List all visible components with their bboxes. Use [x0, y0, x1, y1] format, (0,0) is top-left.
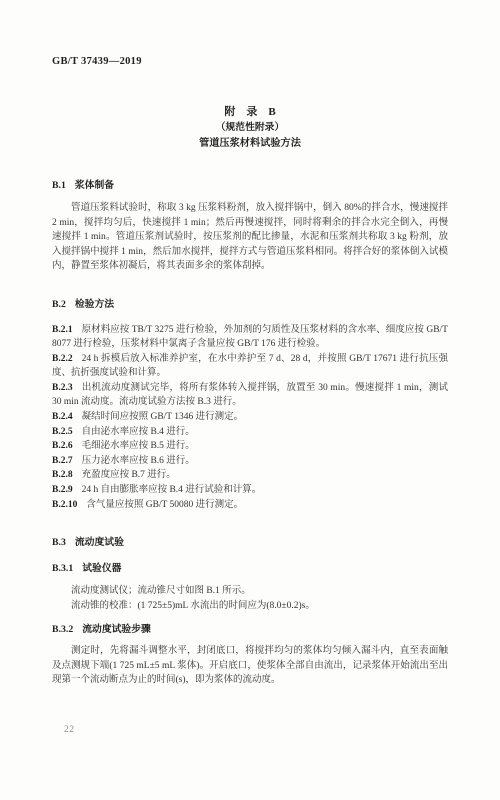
clause-text: 24 h 拆模后放入标准养护室，在水中养护至 7 d、28 d，并按照 GB/T…: [52, 354, 448, 379]
section-number: B.3.1: [52, 563, 73, 574]
clause-row: B.2.4凝结时间应按照 GB/T 1346 进行测定。: [52, 410, 448, 425]
appendix-type: （规范性附录）: [52, 120, 448, 136]
section-b3-heading: B.3流动度试验: [52, 536, 448, 549]
section-number: B.2: [52, 299, 66, 310]
clause-number: B.2.4: [52, 412, 73, 422]
clause-row: B.2.10含气量应按照 GB/T 50080 进行测定。: [52, 498, 448, 513]
section-b1-heading: B.1浆体制备: [52, 179, 448, 192]
clause-number: B.2.9: [52, 485, 73, 495]
clause-row: B.2.924 h 自由膨胀率应按 B.4 进行试验和计算。: [52, 483, 448, 498]
section-number: B.1: [52, 180, 66, 191]
section-title: 浆体制备: [75, 180, 114, 191]
section-b32-paragraph: 测定时，先将漏斗调整水平，封闭底口，将搅拌均匀的浆体均匀倾入漏斗内，直至表面触及…: [52, 644, 448, 688]
clause-row: B.2.3出机流动度测试完毕，将所有浆体转入搅拌锅，放置至 30 min。慢速搅…: [52, 381, 448, 410]
section-b32-heading: B.3.2流动度试验步骤: [52, 623, 448, 636]
document-page: GB/T 37439—2019 附 录 B （规范性附录） 管道压浆材料试验方法…: [0, 0, 500, 800]
section-title: 流动度试验: [75, 537, 124, 548]
clause-number: B.2.2: [52, 354, 73, 364]
section-b2-heading: B.2检验方法: [52, 298, 448, 311]
clause-text: 凝结时间应按照 GB/T 1346 进行测定。: [82, 412, 244, 422]
section-b31-body: 流动度测试仪；流动锥尺寸如图 B.1 所示。 流动锥的校准：(1 725±5)m…: [52, 584, 448, 613]
clause-number: B.2.6: [52, 441, 73, 451]
section-number: B.3: [52, 537, 66, 548]
section-b1-paragraph: 管道压浆料试验时，称取 3 kg 压浆料粉剂，放入搅拌锅中，倒入 80%的拌合水…: [52, 201, 448, 274]
appendix-subject: 管道压浆材料试验方法: [52, 136, 448, 152]
standard-code: GB/T 37439—2019: [52, 56, 448, 68]
clause-text: 原材料应按 TB/T 3275 进行检验，外加剂的匀质性及压浆材料的含水率、细度…: [52, 325, 448, 350]
apparatus-line: 流动度测试仪；流动锥尺寸如图 B.1 所示。: [52, 584, 448, 599]
calibration-line: 流动锥的校准：(1 725±5)mL 水流出的时间应为(8.0±0.2)s。: [52, 599, 448, 614]
section-b31-heading: B.3.1试验仪器: [52, 562, 448, 575]
clause-text: 含气量应按照 GB/T 50080 进行测定。: [86, 500, 243, 510]
page-content: GB/T 37439—2019 附 录 B （规范性附录） 管道压浆材料试验方法…: [52, 56, 448, 688]
clause-number: B.2.8: [52, 470, 73, 480]
clause-text: 24 h 自由膨胀率应按 B.4 进行试验和计算。: [82, 485, 262, 495]
section-title: 流动度试验步骤: [82, 624, 151, 635]
section-b2-clauses: B.2.1原材料应按 TB/T 3275 进行检验，外加剂的匀质性及压浆材料的含…: [52, 323, 448, 513]
clause-row: B.2.1原材料应按 TB/T 3275 进行检验，外加剂的匀质性及压浆材料的含…: [52, 323, 448, 352]
appendix-title: 附 录 B: [52, 104, 448, 120]
section-title: 检验方法: [75, 299, 114, 310]
clause-row: B.2.224 h 拆模后放入标准养护室，在水中养护至 7 d、28 d，并按照…: [52, 352, 448, 381]
section-number: B.3.2: [52, 624, 73, 635]
section-title: 试验仪器: [82, 563, 121, 574]
clause-text: 毛细泌水率应按 B.5 进行。: [82, 441, 195, 451]
clause-number: B.2.1: [52, 325, 73, 335]
clause-row: B.2.5自由泌水率应按 B.4 进行。: [52, 425, 448, 440]
appendix-title-block: 附 录 B （规范性附录） 管道压浆材料试验方法: [52, 104, 448, 151]
clause-row: B.2.7压力泌水率应按 B.6 进行。: [52, 454, 448, 469]
clause-row: B.2.6毛细泌水率应按 B.5 进行。: [52, 439, 448, 454]
clause-number: B.2.5: [52, 427, 73, 437]
clause-row: B.2.8充盈度应按 B.7 进行。: [52, 468, 448, 483]
clause-text: 自由泌水率应按 B.4 进行。: [82, 427, 195, 437]
page-number: 22: [64, 725, 75, 735]
clause-number: B.2.10: [52, 500, 77, 510]
clause-number: B.2.7: [52, 456, 73, 466]
clause-number: B.2.3: [52, 383, 73, 393]
clause-text: 出机流动度测试完毕，将所有浆体转入搅拌锅，放置至 30 min。慢速搅拌 1 m…: [52, 383, 448, 408]
clause-text: 充盈度应按 B.7 进行。: [82, 470, 176, 480]
clause-text: 压力泌水率应按 B.6 进行。: [82, 456, 195, 466]
